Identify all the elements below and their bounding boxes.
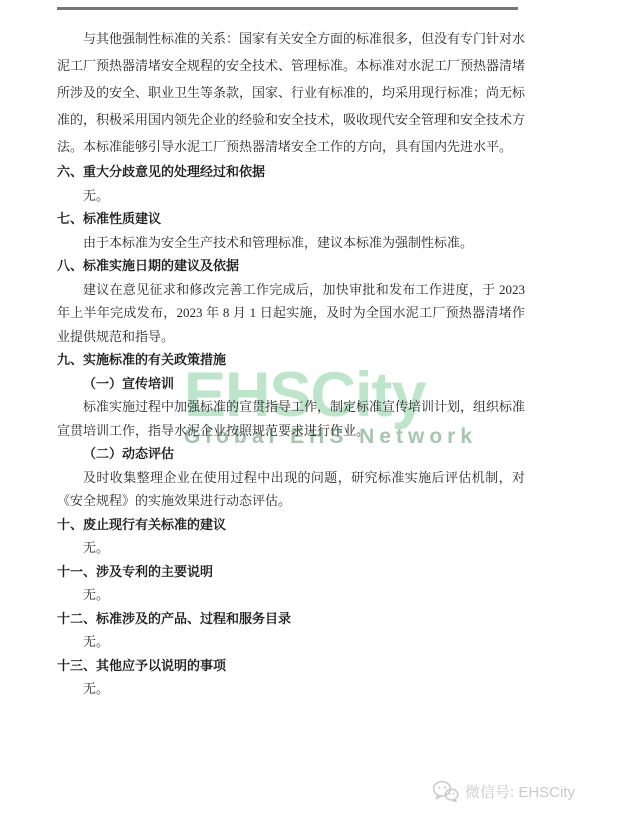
- heading-section-12: 十二、标准涉及的产品、过程和服务目录: [57, 607, 525, 631]
- heading-section-13: 十三、其他应予以说明的事项: [57, 654, 525, 678]
- heading-section-7: 七、标准性质建议: [57, 207, 525, 231]
- para-section-13-none: 无。: [57, 677, 525, 701]
- wechat-id-label: 微信号: EHSCity: [465, 781, 575, 802]
- heading-section-8: 八、标准实施日期的建议及依据: [57, 254, 525, 278]
- para-section-7: 由于本标准为安全生产技术和管理标准，建议本标准为强制性标准。: [57, 231, 525, 255]
- heading-section-9: 九、实施标准的有关政策措施: [57, 348, 525, 372]
- para-relation-to-other-standards: 与其他强制性标准的关系：国家有关安全方面的标准很多，但没有专门针对水泥工厂预热器…: [57, 25, 525, 160]
- wechat-icon: [432, 780, 459, 803]
- heading-section-10: 十、废止现行有关标准的建议: [57, 513, 525, 537]
- para-section-6-none: 无。: [57, 184, 525, 208]
- header-rule: [57, 7, 518, 10]
- document-content: 与其他强制性标准的关系：国家有关安全方面的标准很多，但没有专门针对水泥工厂预热器…: [57, 25, 525, 701]
- para-section-8: 建议在意见征求和修改完善工作完成后，加快审批和发布工作进度，于 2023 年上半…: [57, 278, 525, 349]
- para-9-1: 标准实施过程中加强标准的宣贯指导工作，制定标准宣传培训计划，组织标准宣贯培训工作…: [57, 395, 525, 442]
- subheading-9-2: （二）动态评估: [57, 442, 525, 466]
- heading-section-11: 十一、涉及专利的主要说明: [57, 560, 525, 584]
- wechat-footer: 微信号: EHSCity: [432, 780, 575, 803]
- para-section-10-none: 无。: [57, 536, 525, 560]
- heading-section-6: 六、重大分歧意见的处理经过和依据: [57, 160, 525, 184]
- para-section-11-none: 无。: [57, 583, 525, 607]
- para-section-12-none: 无。: [57, 630, 525, 654]
- subheading-9-1: （一）宣传培训: [57, 372, 525, 396]
- document-page: EHSCity Global EHS Network 与其他强制性标准的关系：国…: [0, 0, 622, 825]
- para-9-2: 及时收集整理企业在使用过程中出现的问题，研究标准实施后评估机制，对《安全规程》的…: [57, 466, 525, 513]
